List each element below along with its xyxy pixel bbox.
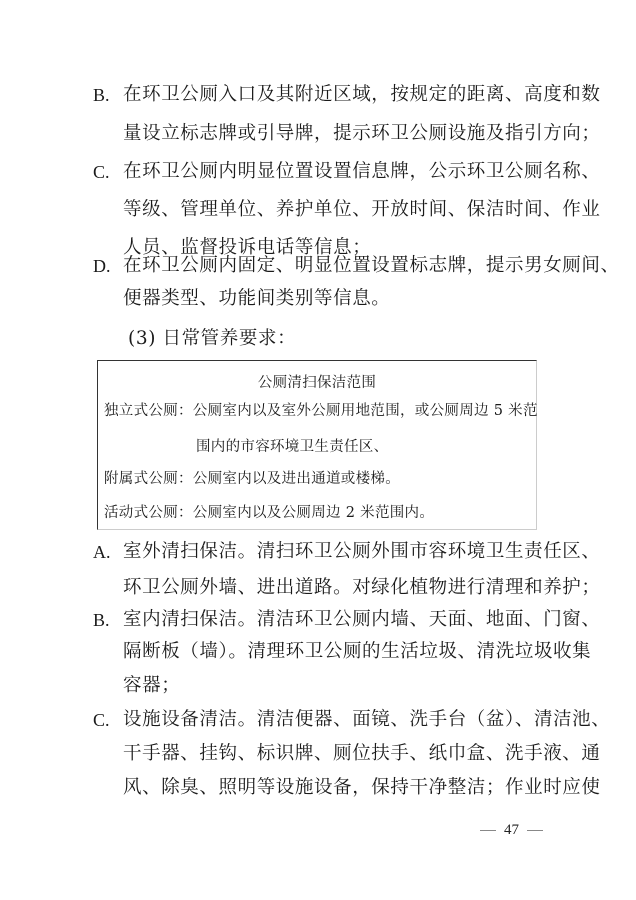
item-marker: C. [93, 708, 110, 732]
item-text: 量设立标志牌或引导牌，提示环卫公厕设施及指引方向； [123, 122, 601, 146]
section-subheading: (3) 日常管养要求： [128, 327, 296, 351]
page-number-value: 47 [504, 822, 519, 839]
item-marker: B. [93, 608, 110, 632]
item-text: 等级、管理单位、养护单位、开放时间、保洁时间、作业 [123, 198, 601, 222]
item-marker: D. [93, 254, 111, 278]
cleaning-scope-box: 公厕清扫保洁范围 独立式公厕：公厕室内以及室外公厕用地范围，或公厕周边 5 米范… [97, 360, 537, 530]
dash-decoration [527, 830, 543, 831]
item-marker: C. [93, 160, 110, 184]
box-row: 活动式公厕：公厕室内以及公厕周边 2 米范围内。 [104, 503, 434, 523]
item-text: 风、除臭、照明等设施设备，保持干净整洁；作业时应使 [123, 776, 601, 800]
item-text: 容器； [123, 674, 180, 698]
item-text: 设施设备清洁。清洁便器、面镜、洗手台（盆）、清洁池、 [123, 708, 610, 732]
box-row: 围内的市容环境卫生责任区、 [196, 437, 388, 457]
item-text: 便器类型、功能间类别等信息。 [123, 287, 390, 311]
item-marker: B. [93, 83, 110, 107]
item-text: 室内清扫保洁。清洁环卫公厕内墙、天面、地面、门窗、 [123, 608, 601, 632]
item-text: 在环卫公厕内明显位置设置信息牌，公示环卫公厕名称、 [123, 160, 601, 184]
dash-decoration [480, 830, 496, 831]
box-row: 独立式公厕：公厕室内以及室外公厕用地范围，或公厕周边 5 米范 [104, 401, 538, 421]
box-title: 公厕清扫保洁范围 [98, 373, 536, 393]
item-text: 干手器、挂钩、标识牌、厕位扶手、纸巾盒、洗手液、通 [123, 742, 601, 766]
box-row: 附属式公厕：公厕室内以及进出通道或楼梯。 [104, 469, 400, 489]
page-number: 47 [480, 822, 543, 839]
item-text: 环卫公厕外墙、进出道路。对绿化植物进行清理和养护； [123, 576, 601, 600]
item-text: 在环卫公厕入口及其附近区域，按规定的距离、高度和数 [123, 83, 601, 107]
item-text: 室外清扫保洁。清扫环卫公厕外围市容环境卫生责任区、 [123, 540, 601, 564]
item-text: 隔断板（墙）。清理环卫公厕的生活垃圾、清洗垃圾收集 [123, 640, 591, 664]
item-marker: A. [93, 540, 111, 564]
item-text: 在环卫公厕内固定、明显位置设置标志牌，提示男女厕间、 [123, 254, 620, 278]
